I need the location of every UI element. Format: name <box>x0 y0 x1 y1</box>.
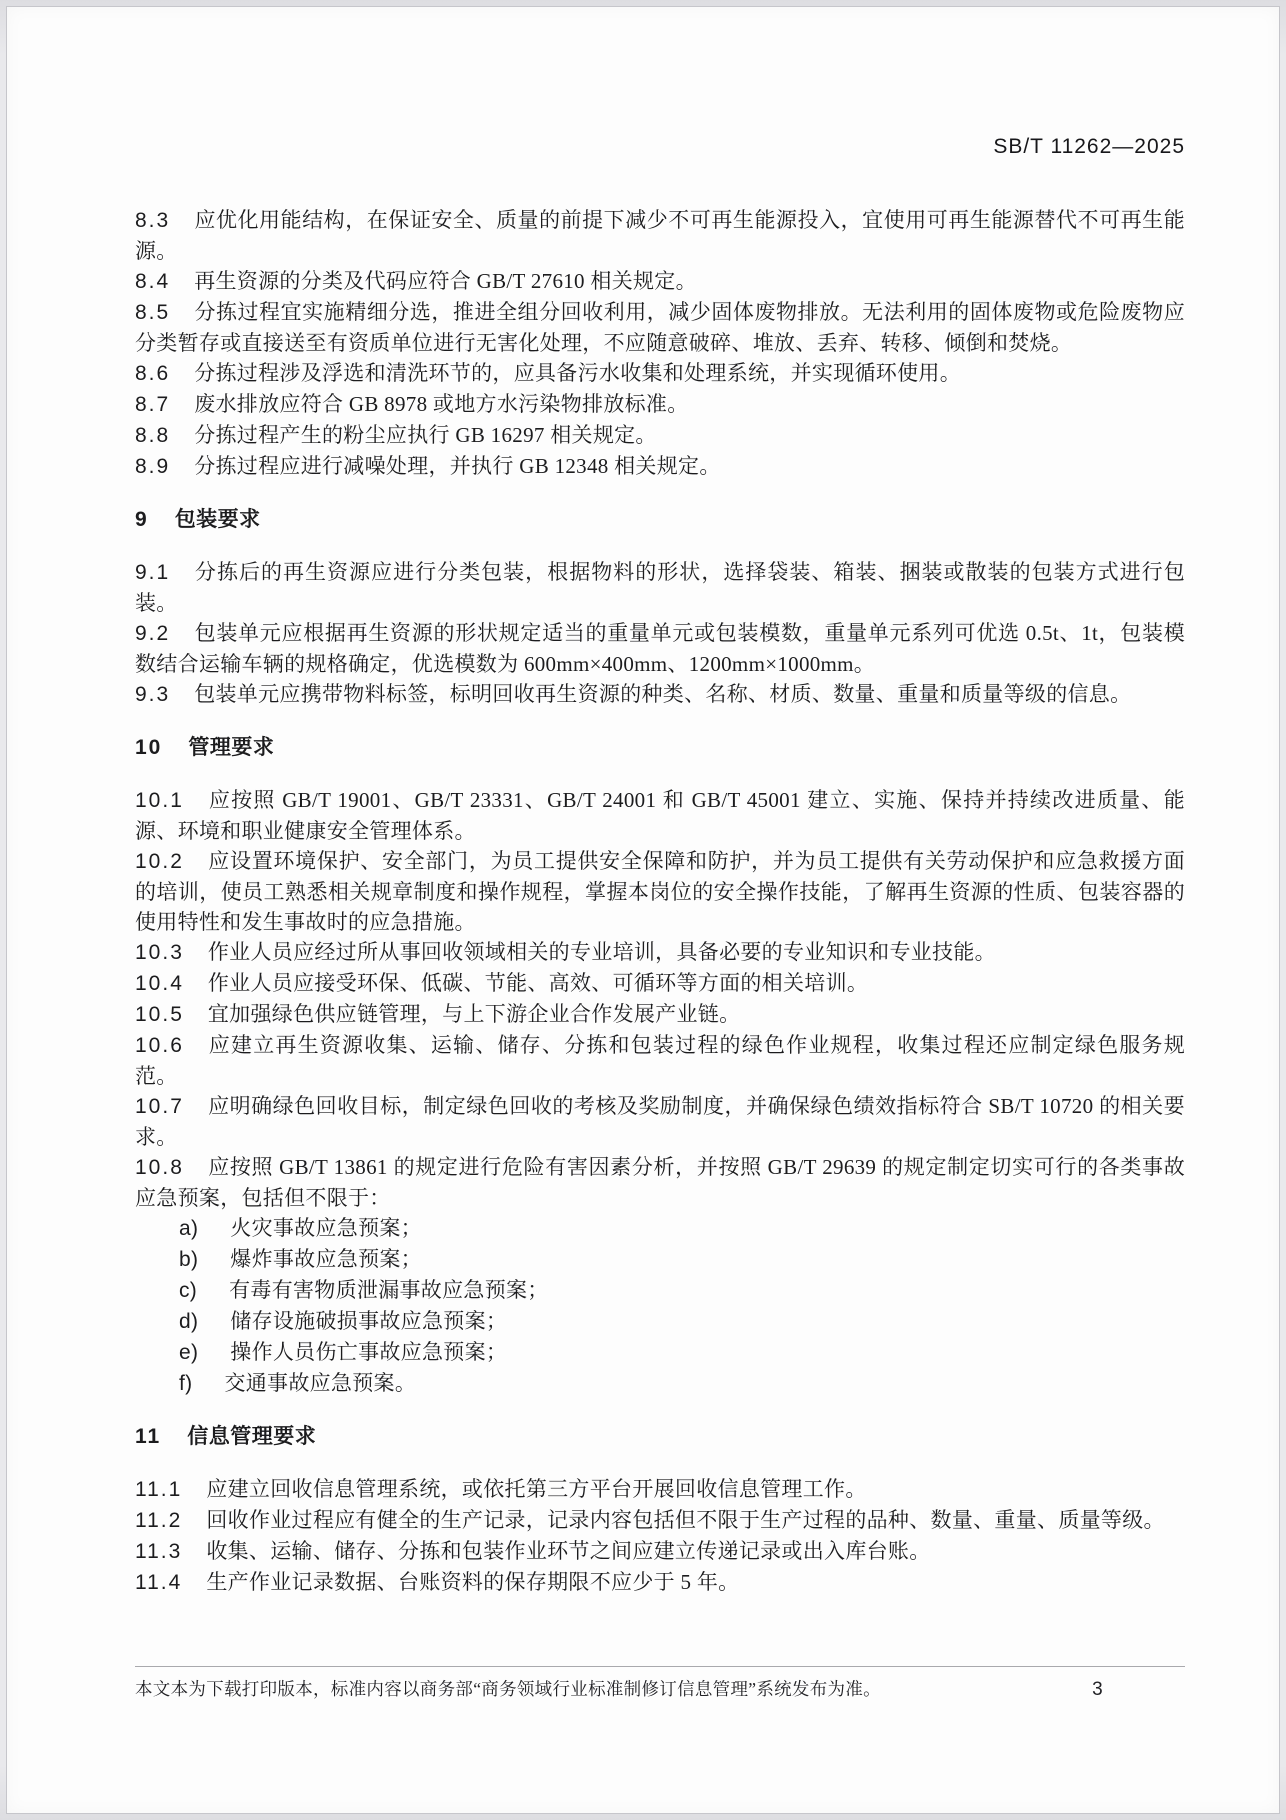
clause: 10.3作业人员应经过所从事回收领域相关的专业培训，具备必要的专业知识和专业技能… <box>135 937 1185 968</box>
clause-number: 8.5 <box>135 301 170 324</box>
clause-number: 11.4 <box>135 1571 182 1594</box>
clause-number: 10.8 <box>135 1156 184 1179</box>
section-number: 9 <box>135 508 149 531</box>
clause-text: 分拣后的再生资源应进行分类包装，根据物料的形状，选择袋装、箱装、捆装或散装的包装… <box>135 560 1185 615</box>
list-item-marker: f) <box>179 1372 192 1395</box>
clause-text: 应优化用能结构，在保证安全、质量的前提下减少不可再生能源投入，宜使用可再生能源替… <box>135 208 1185 263</box>
clause-text: 分拣过程应进行减噪处理，并执行 GB 12348 相关规定。 <box>194 454 720 478</box>
clause: 9.1分拣后的再生资源应进行分类包装，根据物料的形状，选择袋装、箱装、捆装或散装… <box>135 557 1185 618</box>
clause-text: 宜加强绿色供应链管理，与上下游企业合作发展产业链。 <box>208 1002 741 1026</box>
page-header: SB/T 11262—2025 <box>135 135 1185 159</box>
list-item-text: 储存设施破损事故应急预案； <box>230 1309 507 1333</box>
clause: 8.3应优化用能结构，在保证安全、质量的前提下减少不可再生能源投入，宜使用可再生… <box>135 205 1185 266</box>
clause: 10.7应明确绿色回收目标，制定绿色回收的考核及奖励制度，并确保绿色绩效指标符合… <box>135 1091 1185 1152</box>
clause: 8.8分拣过程产生的粉尘应执行 GB 16297 相关规定。 <box>135 420 1185 451</box>
footer-divider <box>135 1666 1185 1667</box>
list-item-text: 火灾事故应急预案； <box>230 1216 422 1240</box>
clause: 10.4作业人员应接受环保、低碳、节能、高效、可循环等方面的相关培训。 <box>135 968 1185 999</box>
section-heading: 9包装要求 <box>135 505 1185 535</box>
clause: 11.3收集、运输、储存、分拣和包装作业环节之间应建立传递记录或出入库台账。 <box>135 1536 1185 1567</box>
clause-number: 10.1 <box>135 789 184 812</box>
clause-text: 收集、运输、储存、分拣和包装作业环节之间应建立传递记录或出入库台账。 <box>206 1539 930 1563</box>
list-item-marker: c) <box>179 1279 197 1302</box>
section-number: 10 <box>135 736 162 759</box>
list-item-text: 操作人员伤亡事故应急预案； <box>230 1340 507 1364</box>
list-item-marker: d) <box>179 1310 198 1333</box>
clause-number: 8.9 <box>135 455 170 478</box>
clause-text: 应按照 GB/T 19001、GB/T 23331、GB/T 24001 和 G… <box>135 788 1185 843</box>
clause-text: 分拣过程涉及浮选和清洗环节的，应具备污水收集和处理系统，并实现循环使用。 <box>194 361 961 385</box>
clause: 11.1应建立回收信息管理系统，或依托第三方平台开展回收信息管理工作。 <box>135 1474 1185 1505</box>
clause: 10.5宜加强绿色供应链管理，与上下游企业合作发展产业链。 <box>135 999 1185 1030</box>
screenshot-stage: SB/T 11262—2025 8.3应优化用能结构，在保证安全、质量的前提下减… <box>0 0 1286 1820</box>
clause-number: 10.4 <box>135 972 184 995</box>
clause: 8.7废水排放应符合 GB 8978 或地方水污染物排放标准。 <box>135 389 1185 420</box>
clause-text: 分拣过程宜实施精细分选，推进全组分回收利用，减少固体废物排放。无法利用的固体废物… <box>135 300 1185 355</box>
clause-text: 包装单元应携带物料标签，标明回收再生资源的种类、名称、材质、数量、重量和质量等级… <box>194 682 1131 706</box>
clause-number: 9.3 <box>135 683 170 706</box>
clause: 8.6分拣过程涉及浮选和清洗环节的，应具备污水收集和处理系统，并实现循环使用。 <box>135 358 1185 389</box>
clause-number: 9.1 <box>135 561 170 584</box>
list-item: b)爆炸事故应急预案； <box>135 1244 1185 1275</box>
clause: 8.5分拣过程宜实施精细分选，推进全组分回收利用，减少固体废物排放。无法利用的固… <box>135 297 1185 358</box>
clause-number: 9.2 <box>135 622 170 645</box>
section-number: 11 <box>135 1425 161 1448</box>
clause: 11.2回收作业过程应有健全的生产记录，记录内容包括但不限于生产过程的品种、数量… <box>135 1505 1185 1536</box>
clause-text: 应建立回收信息管理系统，或依托第三方平台开展回收信息管理工作。 <box>206 1477 866 1501</box>
clause-number: 8.3 <box>135 209 170 232</box>
document-page: SB/T 11262—2025 8.3应优化用能结构，在保证安全、质量的前提下减… <box>6 6 1280 1814</box>
clause: 8.9分拣过程应进行减噪处理，并执行 GB 12348 相关规定。 <box>135 451 1185 482</box>
clause-text: 生产作业记录数据、台账资料的保存期限不应少于 5 年。 <box>206 1570 739 1594</box>
standard-code: SB/T 11262—2025 <box>993 135 1185 158</box>
section-title: 包装要求 <box>175 508 261 531</box>
list-item: e)操作人员伤亡事故应急预案； <box>135 1337 1185 1368</box>
section-title: 管理要求 <box>188 736 274 759</box>
clause-number: 11.3 <box>135 1540 182 1563</box>
clause-number: 10.5 <box>135 1003 184 1026</box>
clause: 9.2包装单元应根据再生资源的形状规定适当的重量单元或包装模数，重量单元系列可优… <box>135 618 1185 679</box>
list-item-text: 爆炸事故应急预案； <box>230 1247 422 1271</box>
clause-number: 10.3 <box>135 941 184 964</box>
clause-number: 8.4 <box>135 270 170 293</box>
clause-text: 包装单元应根据再生资源的形状规定适当的重量单元或包装模数，重量单元系列可优选 0… <box>135 621 1185 676</box>
clause: 9.3包装单元应携带物料标签，标明回收再生资源的种类、名称、材质、数量、重量和质… <box>135 679 1185 710</box>
list-item-text: 有毒有害物质泄漏事故应急预案； <box>229 1278 549 1302</box>
list-item-marker: a) <box>179 1217 198 1240</box>
list-item-marker: b) <box>179 1248 198 1271</box>
clause-text: 废水排放应符合 GB 8978 或地方水污染物排放标准。 <box>194 392 688 416</box>
clause-text: 回收作业过程应有健全的生产记录，记录内容包括但不限于生产过程的品种、数量、重量、… <box>206 1508 1165 1532</box>
clause-number: 8.8 <box>135 424 170 447</box>
list-item: a)火灾事故应急预案； <box>135 1213 1185 1244</box>
clause-text: 再生资源的分类及代码应符合 GB/T 27610 相关规定。 <box>194 269 697 293</box>
clause-number: 8.6 <box>135 362 170 385</box>
clause: 10.8应按照 GB/T 13861 的规定进行危险有害因素分析，并按照 GB/… <box>135 1152 1185 1213</box>
clause-text: 作业人员应接受环保、低碳、节能、高效、可循环等方面的相关培训。 <box>208 971 868 995</box>
list-item-marker: e) <box>179 1341 198 1364</box>
list-item: d)储存设施破损事故应急预案； <box>135 1306 1185 1337</box>
clause-number: 11.1 <box>135 1478 182 1501</box>
page-footer: 本文本为下载打印版本，标准内容以商务部“商务领域行业标准制修订信息管理”系统发布… <box>135 1678 1185 1701</box>
clause-text: 应明确绿色回收目标，制定绿色回收的考核及奖励制度，并确保绿色绩效指标符合 SB/… <box>135 1094 1185 1149</box>
section-heading: 11信息管理要求 <box>135 1422 1185 1452</box>
list-item: c)有毒有害物质泄漏事故应急预案； <box>135 1275 1185 1306</box>
footer-area: 本文本为下载打印版本，标准内容以商务部“商务领域行业标准制修订信息管理”系统发布… <box>135 1666 1185 1701</box>
clause-text: 应建立再生资源收集、运输、储存、分拣和包装过程的绿色作业规程，收集过程还应制定绿… <box>135 1033 1185 1088</box>
list-item-text: 交通事故应急预案。 <box>224 1371 416 1395</box>
document-body: 8.3应优化用能结构，在保证安全、质量的前提下减少不可再生能源投入，宜使用可再生… <box>135 205 1185 1598</box>
footer-note: 本文本为下载打印版本，标准内容以商务部“商务领域行业标准制修订信息管理”系统发布… <box>135 1678 881 1700</box>
clause: 8.4再生资源的分类及代码应符合 GB/T 27610 相关规定。 <box>135 266 1185 297</box>
clause-text: 作业人员应经过所从事回收领域相关的专业培训，具备必要的专业知识和专业技能。 <box>208 940 996 964</box>
clause-number: 10.6 <box>135 1034 184 1057</box>
clause-text: 应设置环境保护、安全部门，为员工提供安全保障和防护，并为员工提供有关劳动保护和应… <box>135 849 1185 934</box>
clause: 11.4生产作业记录数据、台账资料的保存期限不应少于 5 年。 <box>135 1567 1185 1598</box>
clause-number: 10.7 <box>135 1095 184 1118</box>
clause-number: 11.2 <box>135 1509 182 1532</box>
clause-number: 10.2 <box>135 850 184 873</box>
clause-text: 应按照 GB/T 13861 的规定进行危险有害因素分析，并按照 GB/T 29… <box>135 1155 1185 1210</box>
clause: 10.1应按照 GB/T 19001、GB/T 23331、GB/T 24001… <box>135 785 1185 846</box>
clause-text: 分拣过程产生的粉尘应执行 GB 16297 相关规定。 <box>194 423 657 447</box>
clause: 10.2应设置环境保护、安全部门，为员工提供安全保障和防护，并为员工提供有关劳动… <box>135 846 1185 937</box>
section-title: 信息管理要求 <box>187 1425 316 1448</box>
clause-number: 8.7 <box>135 393 170 416</box>
list-item: f)交通事故应急预案。 <box>135 1368 1185 1399</box>
page-number: 3 <box>1092 1679 1103 1701</box>
section-heading: 10管理要求 <box>135 733 1185 763</box>
clause: 10.6应建立再生资源收集、运输、储存、分拣和包装过程的绿色作业规程，收集过程还… <box>135 1030 1185 1091</box>
